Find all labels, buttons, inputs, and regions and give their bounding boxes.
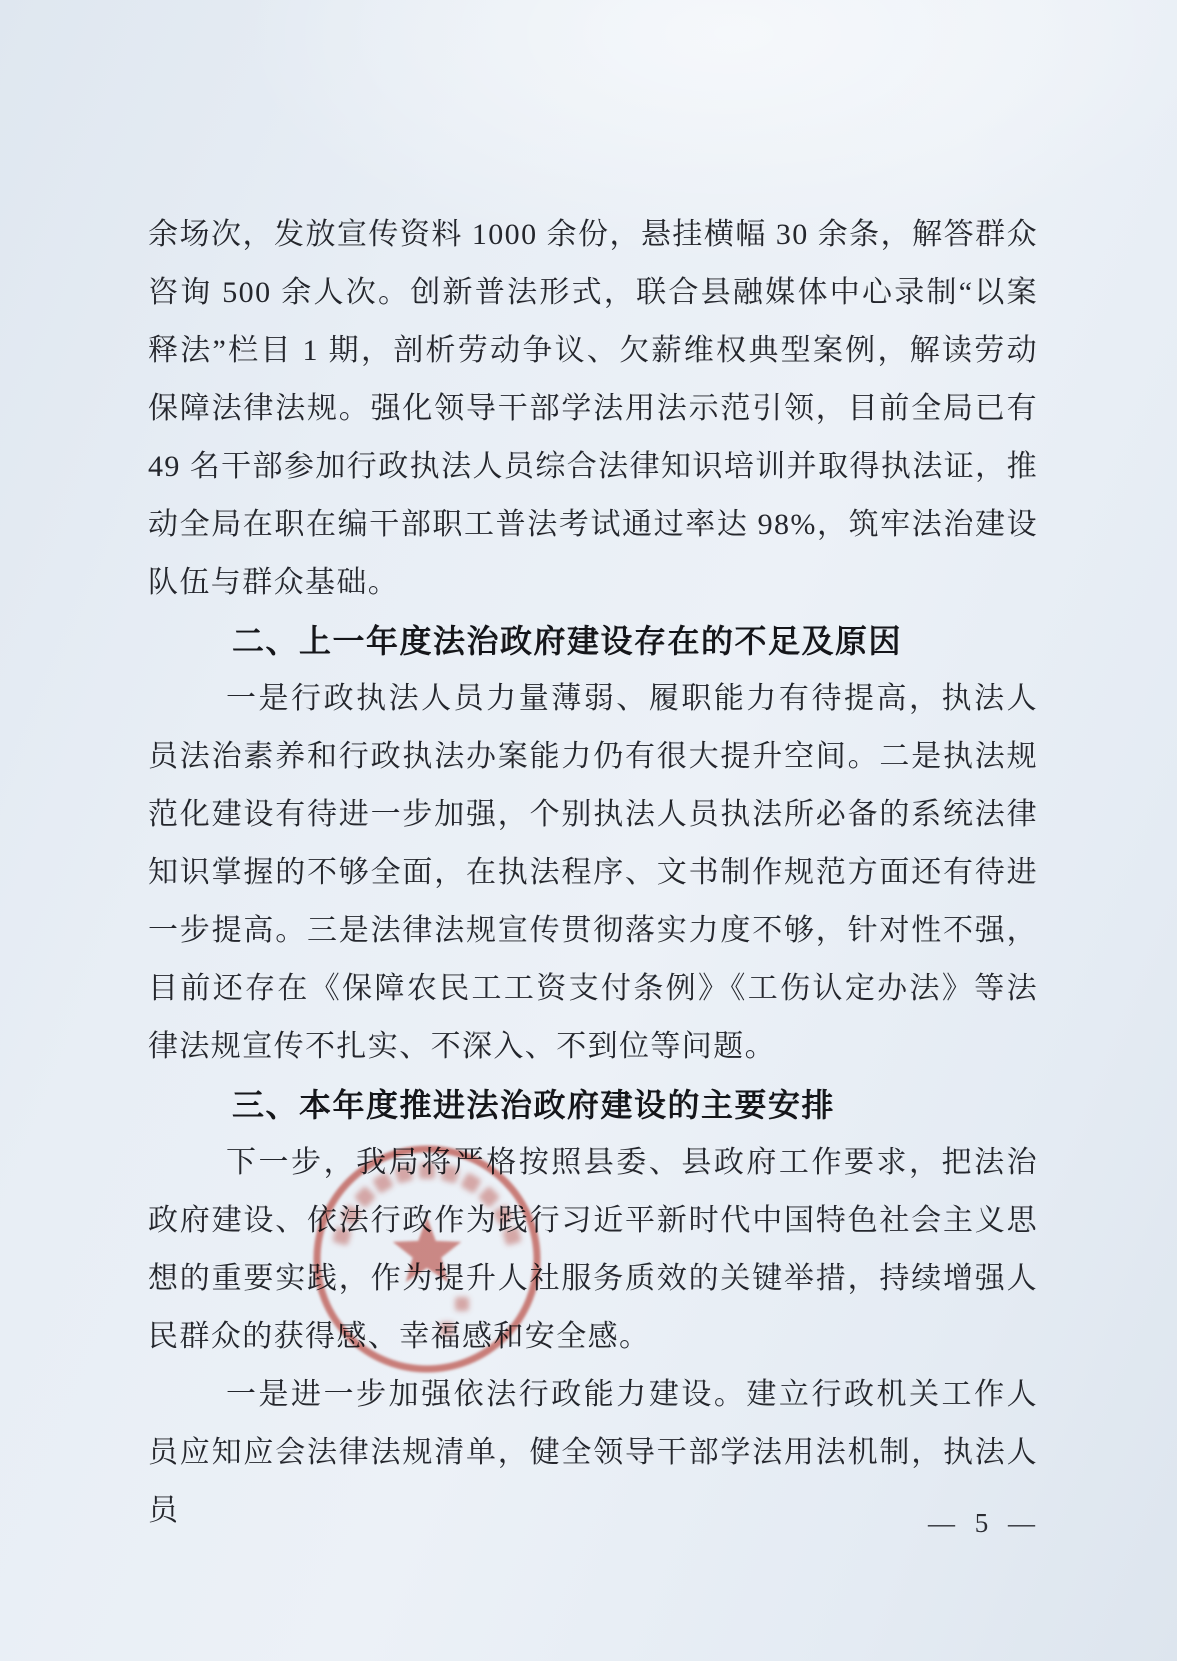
section-heading-annual-plan: 三、本年度推进法治政府建设的主要安排 (148, 1076, 1038, 1134)
page-number: — 5 — (928, 1508, 1037, 1539)
paragraph-next-steps: 下一步，我局将严格按照县委、县政府工作要求，把法治政府建设、依法行政作为践行习近… (148, 1134, 1038, 1366)
scanned-document-page: 余场次，发放宣传资料 1000 余份，悬挂横幅 30 余条，解答群众咨询 500… (0, 0, 1177, 1661)
document-body: 余场次，发放宣传资料 1000 余份，悬挂横幅 30 余条，解答群众咨询 500… (148, 206, 1038, 1540)
paragraph-capacity-building: 一是进一步加强依法行政能力建设。建立行政机关工作人员应知应会法律法规清单，健全领… (148, 1366, 1038, 1540)
section-heading-shortcomings: 二、上一年度法治政府建设存在的不足及原因 (148, 612, 1038, 670)
paragraph-law-publicity-continuation: 余场次，发放宣传资料 1000 余份，悬挂横幅 30 余条，解答群众咨询 500… (148, 206, 1038, 612)
paragraph-shortcomings: 一是行政执法人员力量薄弱、履职能力有待提高，执法人员法治素养和行政执法办案能力仍… (148, 670, 1038, 1076)
